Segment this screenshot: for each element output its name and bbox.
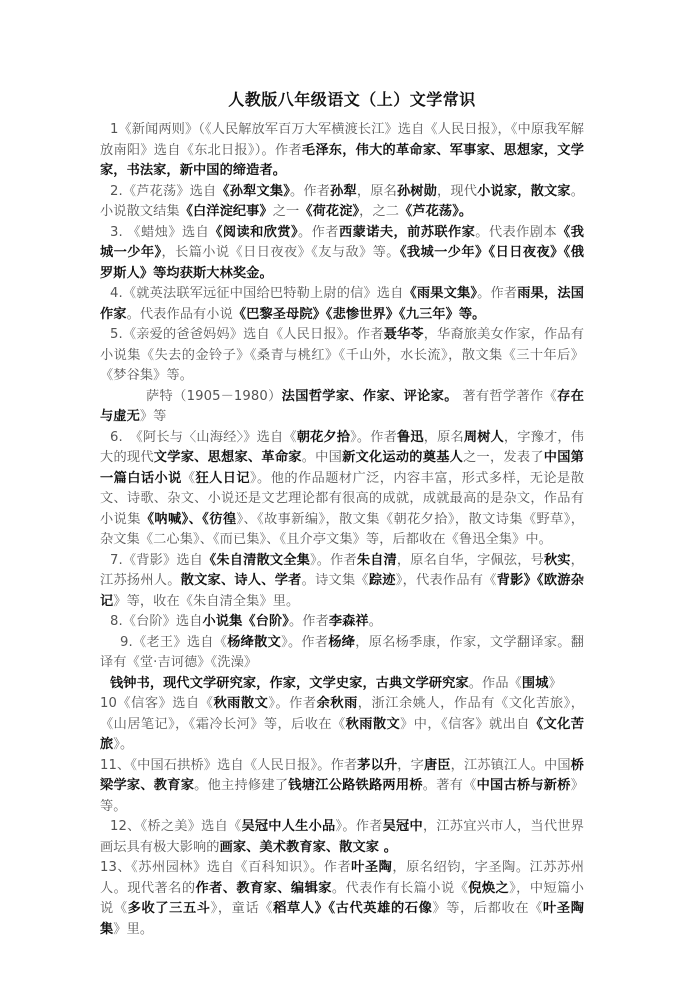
document-title: 人教版八年级语文（上）文学常识 <box>100 88 584 112</box>
emphasis-text: 西蒙诺夫，前苏联作家 <box>339 225 475 240</box>
emphasis-text: 杨绛散文 <box>227 635 281 650</box>
entry-8: 8.《台阶》选自小说集《台阶》。作者李森祥。 <box>100 612 584 633</box>
entry-9: 9.《老王》选自《杨绛散文》。作者杨绛，原名杨季康，作家，文学翻译家。翻译有《堂… <box>100 633 584 674</box>
emphasis-text: 《朱自清散文全集 <box>203 553 310 568</box>
emphasis-text: 钱塘江公路铁路两用桥 <box>288 778 422 793</box>
emphasis-text: 《荷花淀》 <box>299 204 359 219</box>
entry-13: 13、《苏州园林》选自《百科知识》。作者叶圣陶，原名绍钧，字圣陶。江苏苏州人。现… <box>100 858 584 940</box>
emphasis-text: 《孙犁文集》 <box>216 184 290 199</box>
body-text: 2.《芦花荡》选自 <box>110 184 216 199</box>
entry-7: 7.《背影》选自《朱自清散文全集》。作者朱自清，原名自华，字佩弦，号秋实，江苏扬… <box>100 551 584 613</box>
body-text: 萨特（1905－1980） <box>146 389 282 404</box>
emphasis-text: 《白洋淀纪事》 <box>180 204 273 219</box>
body-text: ，江苏镇江人。中国 <box>451 758 571 773</box>
emphasis-text: 狂人日记 <box>195 471 250 486</box>
emphasis-text: 《呐喊》、《彷徨 <box>141 512 237 527</box>
body-text: 《 <box>182 471 196 486</box>
body-text: 。中国 <box>302 450 342 465</box>
body-text: 。诗文集《 <box>302 573 369 588</box>
body-text: 。作者 <box>477 286 517 301</box>
body-text: 之一 <box>273 204 300 219</box>
body-text: ，原名自华，字佩弦，号 <box>397 553 544 568</box>
body-text: 》。作者 <box>310 553 357 568</box>
emphasis-text: 围城 <box>522 676 549 691</box>
emphasis-text: 朱自清 <box>357 553 397 568</box>
body-text: 8.《台阶》选自 <box>110 614 203 629</box>
emphasis-text: 多收了三五斗 <box>128 901 211 916</box>
body-text: 。作者 <box>290 184 330 199</box>
body-text: 》等，后都收在《 <box>432 901 543 916</box>
emphasis-text: 聂华苓 <box>384 327 424 342</box>
emphasis-text: 《阅读和欣赏》 <box>209 225 298 240</box>
body-text: 5.《亲爱的爸爸妈妈》选自《人民日报》。作者 <box>110 327 384 342</box>
body-text: 12、《桥之美》选自《 <box>110 819 241 834</box>
body-text: 。他主持修建了 <box>194 778 288 793</box>
emphasis-text: 画家、美术教育家、散文家 。 <box>220 840 397 855</box>
entry-4: 4.《就英法联军远征中国给巴特勒上尉的信》选自《雨果文集》。作者雨果，法国作家。… <box>100 284 584 325</box>
emphasis-text: 新文化运动的奠基人 <box>342 450 463 465</box>
body-text: 10《信客》选自《 <box>100 696 213 711</box>
body-text: ，字 <box>397 758 424 773</box>
entry-sartre: 萨特（1905－1980）法国哲学家、作家、评论家。 著有哲学著作《存在与虚无》… <box>100 387 584 428</box>
body-text: 。著有《 <box>423 778 477 793</box>
body-text: 。 <box>369 614 382 629</box>
emphasis-text: 周树人 <box>464 430 504 445</box>
emphasis-text: 踪迹 <box>369 573 396 588</box>
body-text: 。作品《 <box>469 676 522 691</box>
emphasis-text: 法国哲学家、作家、评论家。 <box>282 389 458 404</box>
emphasis-text: 余秋雨 <box>317 696 358 711</box>
body-text: 》，童话《 <box>211 901 274 916</box>
entry-12: 12、《桥之美》选自《吴冠中人生小品》。作者吴冠中，江苏宜兴市人，当代世界画坛具… <box>100 817 584 858</box>
emphasis-text: 孙树勋 <box>397 184 437 199</box>
emphasis-text: 秋雨散文 <box>346 717 401 732</box>
entry-qian: 钱钟书，现代文学研究家，作家，文学史家，古典文学研究家。作品《围城》 <box>100 674 584 695</box>
body-text: ，之二 <box>359 204 399 219</box>
entries-list: 1《新闻两则》（《人民解放军百万大军横渡长江》选自《人民日报》，《中原我军解放南… <box>100 120 584 940</box>
entry-1: 1《新闻两则》（《人民解放军百万大军横渡长江》选自《人民日报》，《中原我军解放南… <box>100 120 584 182</box>
entry-5: 5.《亲爱的爸爸妈妈》选自《人民日报》。作者聂华苓，华裔旅美女作家，作品有小说集… <box>100 325 584 387</box>
body-text: 。代表作有长篇小说《 <box>332 881 468 896</box>
emphasis-text: 稻草人》《古代英雄的石像 <box>273 901 432 916</box>
body-text: 》。作者 <box>268 696 316 711</box>
emphasis-text: 唐臣 <box>424 758 451 773</box>
body-text: 》。 <box>113 737 133 752</box>
emphasis-text: 吴冠中人生小品 <box>241 819 335 834</box>
emphasis-text: 孙犁 <box>330 184 357 199</box>
body-text: 》中，《信客》就出自 <box>400 717 530 732</box>
body-text: 著有哲学著作《 <box>458 389 557 404</box>
body-text: 》。作者 <box>350 430 397 445</box>
emphasis-text: 鲁迅 <box>397 430 424 445</box>
emphasis-text: 杨绛 <box>328 635 355 650</box>
emphasis-text: 叶圣陶 <box>351 860 392 875</box>
emphasis-text: 小说集《台阶》 <box>203 614 289 629</box>
body-text: 》 <box>549 676 562 691</box>
body-text: 》里。 <box>113 922 153 937</box>
body-text: 。代表作品有小说 <box>127 307 233 322</box>
body-text: 6. 《阿长与〈山海经〉》选自《 <box>110 430 297 445</box>
body-text: ，原名 <box>357 184 397 199</box>
body-text: 11、《中国石拱桥》选自《人民日报》。作者 <box>100 758 357 773</box>
body-text: 13、《苏州园林》选自《百科知识》。作者 <box>100 860 351 875</box>
body-text: 》等 <box>140 409 167 424</box>
emphasis-text: 钱钟书，现代文学研究家，作家，文学史家，古典文学研究家 <box>110 676 469 691</box>
emphasis-text: 文学家、思想家、革命家 <box>154 450 302 465</box>
body-text: 9.《老王》选自《 <box>120 635 227 650</box>
body-text: 之一，发表了 <box>463 450 544 465</box>
document-page: 人教版八年级语文（上）文学常识 1《新闻两则》（《人民解放军百万大军横渡长江》选… <box>100 88 584 940</box>
body-text: 》，代表作品有《 <box>396 573 497 588</box>
emphasis-text: 茅以升 <box>357 758 397 773</box>
entry-6: 6. 《阿长与〈山海经〉》选自《朝花夕拾》。作者鲁迅，原名周树人，字豫才，伟大的… <box>100 428 584 551</box>
emphasis-text: 小说家，散文家 <box>477 184 571 199</box>
body-text: 。作者 <box>298 225 339 240</box>
emphasis-text: 秋雨散文 <box>213 696 268 711</box>
body-text: 7.《背影》选自 <box>110 553 203 568</box>
emphasis-text: 李森祥 <box>329 614 369 629</box>
emphasis-text: 吴冠中 <box>383 819 423 834</box>
emphasis-text: 秋实 <box>544 553 571 568</box>
entry-3: 3. 《蜡烛》选自《阅读和欣赏》。作者西蒙诺夫，前苏联作家。代表作剧本《我城一少… <box>100 223 584 285</box>
body-text: ，原名 <box>424 430 464 445</box>
body-text: 。代表作剧本 <box>475 225 557 240</box>
emphasis-text: 《芦花荡》。 <box>399 204 472 219</box>
body-text: 》。作者 <box>335 819 382 834</box>
emphasis-text: 散文家、诗人、学者 <box>181 573 302 588</box>
body-text: 》。作者 <box>281 635 328 650</box>
entry-2: 2.《芦花荡》选自《孙犁文集》。作者孙犁，原名孙树勋，现代小说家，散文家。小说散… <box>100 182 584 223</box>
body-text: 。作者 <box>289 614 329 629</box>
body-text: 》等，收在《朱自清全集》里。 <box>113 594 299 609</box>
body-text: 3. 《蜡烛》选自 <box>110 225 209 240</box>
emphasis-text: 中国古桥与新桥 <box>477 778 571 793</box>
emphasis-text: 作者、教育家、编辑家 <box>195 881 331 896</box>
emphasis-text: 《雨果文集》 <box>404 286 478 301</box>
body-text: ，现代 <box>437 184 477 199</box>
body-text: 4.《就英法联军远征中国给巴特勒上尉的信》选自 <box>110 286 404 301</box>
body-text: ，长篇小说《日日夜夜》《友与敌》等。 <box>161 245 399 260</box>
entry-11: 11、《中国石拱桥》选自《人民日报》。作者茅以升，字唐臣，江苏镇江人。中国桥梁学… <box>100 756 584 818</box>
emphasis-text: 倪焕之 <box>468 881 509 896</box>
emphasis-text: 朝花夕拾 <box>297 430 350 445</box>
emphasis-text: 《巴黎圣母院》《悲惨世界》《九三年》等。 <box>233 307 486 322</box>
entry-10: 10《信客》选自《秋雨散文》。作者余秋雨，浙江余姚人，作品有《文化苦旅》，《山居… <box>100 694 584 756</box>
